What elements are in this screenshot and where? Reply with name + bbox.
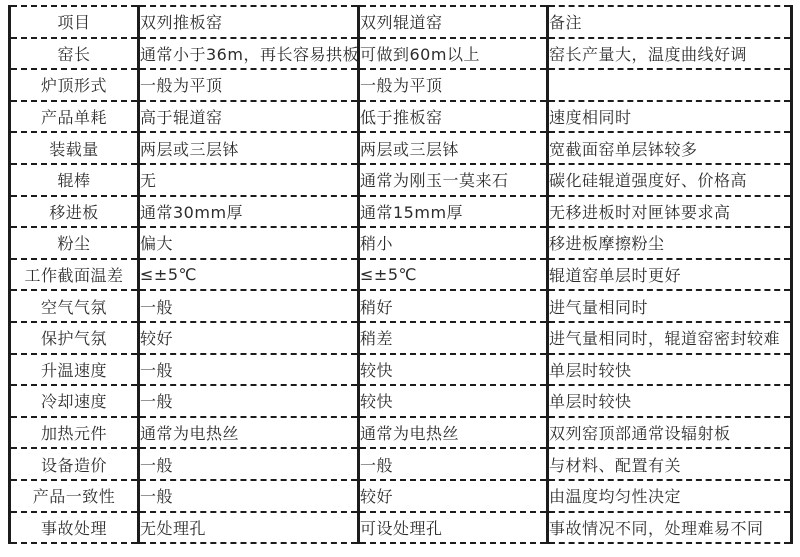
table-row: 事故处理 无处理孔 可设处理孔 事故情况不同，处理难易不同 [10, 512, 792, 544]
cell: 冷却速度 [10, 385, 139, 417]
cell: 无移进板时对匣钵要求高 [548, 196, 792, 228]
cell: 保护气氛 [10, 322, 139, 354]
page: 项目 双列推板窑 双列辊道窑 备注 窑长 通常小于36m，再长容易拱板 可做到6… [0, 0, 800, 557]
cell: 事故处理 [10, 512, 139, 544]
table-row: 装载量 两层或三层钵 两层或三层钵 宽截面窑单层钵较多 [10, 132, 792, 164]
cell: 设备造价 [10, 448, 139, 480]
header-cell-remarks: 备注 [548, 6, 792, 38]
cell: 一般为平顶 [139, 69, 359, 101]
cell: 双列窑顶部通常设辐射板 [548, 417, 792, 449]
table-row: 窑长 通常小于36m，再长容易拱板 可做到60m以上 窑长产量大，温度曲线好调 [10, 38, 792, 70]
table-row: 辊棒 无 通常为刚玉一莫来石 碳化硅辊道强度好、价格高 [10, 164, 792, 196]
cell: 稍好 [359, 290, 548, 322]
table-row: 粉尘 偏大 稍小 移进板摩擦粉尘 [10, 227, 792, 259]
cell: 一般 [139, 385, 359, 417]
header-cell-pusher-kiln: 双列推板窑 [139, 6, 359, 38]
cell: 稍差 [359, 322, 548, 354]
cell: 升温速度 [10, 354, 139, 386]
cell: 低于推板窑 [359, 101, 548, 133]
cell: 通常30mm厚 [139, 196, 359, 228]
cell: 辊道窑单层时更好 [548, 259, 792, 291]
table-row: 产品单耗 高于辊道窑 低于推板窑 速度相同时 [10, 101, 792, 133]
cell: 产品单耗 [10, 101, 139, 133]
cell: 加热元件 [10, 417, 139, 449]
cell: 可做到60m以上 [359, 38, 548, 70]
cell: 通常小于36m，再长容易拱板 [139, 38, 359, 70]
cell: 一般 [359, 448, 548, 480]
table-row: 空气气氛 一般 稍好 进气量相同时 [10, 290, 792, 322]
cell: 窑长 [10, 38, 139, 70]
cell: 可设处理孔 [359, 512, 548, 544]
cell: 宽截面窑单层钵较多 [548, 132, 792, 164]
cell: 粉尘 [10, 227, 139, 259]
cell: 较快 [359, 385, 548, 417]
cell: 辊棒 [10, 164, 139, 196]
table-row: 炉顶形式 一般为平顶 一般为平顶 [10, 69, 792, 101]
cell: 单层时较快 [548, 385, 792, 417]
cell: 较好 [359, 480, 548, 512]
kiln-comparison-table: 项目 双列推板窑 双列辊道窑 备注 窑长 通常小于36m，再长容易拱板 可做到6… [8, 5, 793, 544]
cell: 碳化硅辊道强度好、价格高 [548, 164, 792, 196]
cell: ≤±5℃ [359, 259, 548, 291]
cell: 移进板摩擦粉尘 [548, 227, 792, 259]
cell: 单层时较快 [548, 354, 792, 386]
cell: 移进板 [10, 196, 139, 228]
cell: ≤±5℃ [139, 259, 359, 291]
cell: 通常15mm厚 [359, 196, 548, 228]
cell: 通常为电热丝 [359, 417, 548, 449]
table-row: 保护气氛 较好 稍差 进气量相同时，辊道窑密封较难 [10, 322, 792, 354]
header-row: 项目 双列推板窑 双列辊道窑 备注 [10, 6, 792, 38]
table-row: 加热元件 通常为电热丝 通常为电热丝 双列窑顶部通常设辐射板 [10, 417, 792, 449]
cell: 一般 [139, 354, 359, 386]
cell: 一般为平顶 [359, 69, 548, 101]
cell: 由温度均匀性决定 [548, 480, 792, 512]
cell: 一般 [139, 448, 359, 480]
cell: 一般 [139, 480, 359, 512]
table-row: 移进板 通常30mm厚 通常15mm厚 无移进板时对匣钵要求高 [10, 196, 792, 228]
table-row: 产品一致性 一般 较好 由温度均匀性决定 [10, 480, 792, 512]
cell: 空气气氛 [10, 290, 139, 322]
table-row: 工作截面温差 ≤±5℃ ≤±5℃ 辊道窑单层时更好 [10, 259, 792, 291]
cell: 装载量 [10, 132, 139, 164]
header-cell-item: 项目 [10, 6, 139, 38]
table-row: 设备造价 一般 一般 与材料、配置有关 [10, 448, 792, 480]
cell: 高于辊道窑 [139, 101, 359, 133]
cell: 无处理孔 [139, 512, 359, 544]
cell: 炉顶形式 [10, 69, 139, 101]
header-cell-roller-kiln: 双列辊道窑 [359, 6, 548, 38]
cell: 较快 [359, 354, 548, 386]
cell: 通常为刚玉一莫来石 [359, 164, 548, 196]
cell: 无 [139, 164, 359, 196]
cell: 两层或三层钵 [139, 132, 359, 164]
cell: 进气量相同时，辊道窑密封较难 [548, 322, 792, 354]
cell: 工作截面温差 [10, 259, 139, 291]
cell: 产品一致性 [10, 480, 139, 512]
cell: 通常为电热丝 [139, 417, 359, 449]
cell: 稍小 [359, 227, 548, 259]
cell: 较好 [139, 322, 359, 354]
cell [548, 69, 792, 101]
table-row: 升温速度 一般 较快 单层时较快 [10, 354, 792, 386]
table-row: 冷却速度 一般 较快 单层时较快 [10, 385, 792, 417]
cell: 窑长产量大，温度曲线好调 [548, 38, 792, 70]
cell: 事故情况不同，处理难易不同 [548, 512, 792, 544]
cell: 速度相同时 [548, 101, 792, 133]
cell: 与材料、配置有关 [548, 448, 792, 480]
cell: 偏大 [139, 227, 359, 259]
cell: 一般 [139, 290, 359, 322]
cell: 进气量相同时 [548, 290, 792, 322]
cell: 两层或三层钵 [359, 132, 548, 164]
